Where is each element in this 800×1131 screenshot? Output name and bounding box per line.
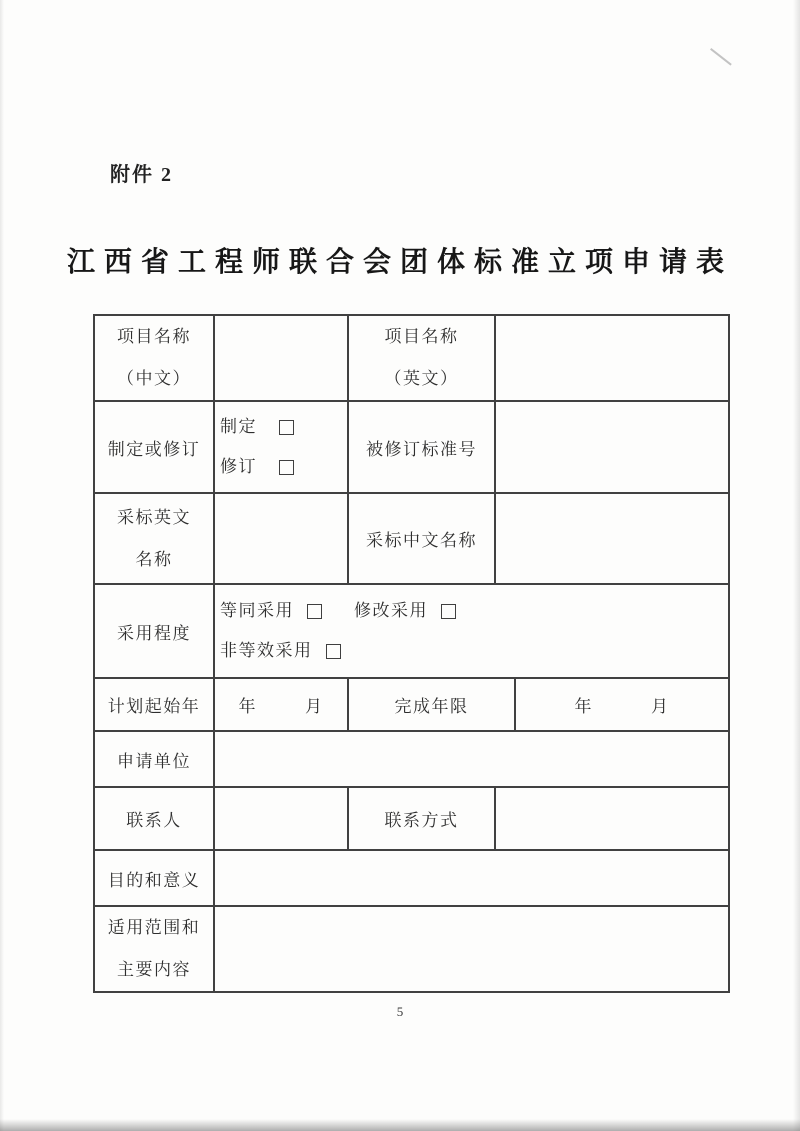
- label-line: 主要内容: [117, 949, 191, 991]
- month-label: 月: [651, 692, 670, 717]
- label-text: 计划起始年: [108, 692, 201, 717]
- table-row-scope: 适用范围和 主要内容: [95, 907, 728, 991]
- option-label: 非等效采用: [220, 631, 313, 671]
- adopted-cn-name-label-cell: 采标中文名称: [349, 494, 496, 583]
- table-row-adoption-degree: 采用程度 等同采用 修改采用 非等效采用: [95, 585, 728, 679]
- scan-edge-shadow-right: [793, 0, 800, 1131]
- label-text: 采标中文名称: [366, 526, 477, 551]
- label-line: 采标英文: [117, 497, 191, 539]
- scan-edge-shadow-left: [0, 0, 4, 1131]
- project-name-en-value-cell: [496, 316, 728, 400]
- purpose-value-cell: [215, 851, 728, 905]
- identical-adoption-checkbox-icon: [307, 604, 322, 619]
- option-modified-adoption: 修改采用: [354, 591, 456, 631]
- year-label: 年: [239, 692, 258, 717]
- draft-or-revise-options-cell: 制定 修订: [215, 402, 349, 492]
- applicant-unit-value-cell: [215, 732, 728, 786]
- adoption-degree-options-cell: 等同采用 修改采用 非等效采用: [215, 585, 728, 677]
- scan-scratch-artifact: [710, 48, 731, 65]
- label-line: （英文）: [385, 358, 459, 400]
- scanned-document-page: 附件 2 江西省工程师联合会团体标准立项申请表 项目名称 （中文） 项目名称 （…: [0, 0, 800, 1131]
- adopted-en-name-label-cell: 采标英文 名称: [95, 494, 215, 583]
- label-text: 联系方式: [385, 806, 459, 831]
- table-row-contact: 联系人 联系方式: [95, 788, 728, 851]
- table-row-purpose: 目的和意义: [95, 851, 728, 907]
- contact-method-value-cell: [496, 788, 728, 849]
- attachment-label: 附件 2: [110, 158, 173, 187]
- revise-checkbox-icon: [279, 460, 294, 475]
- draft-checkbox-icon: [279, 420, 294, 435]
- contact-person-label-cell: 联系人: [95, 788, 215, 849]
- label-line: 名称: [136, 539, 173, 581]
- modified-adoption-checkbox-icon: [441, 604, 456, 619]
- table-row-project-name: 项目名称 （中文） 项目名称 （英文）: [95, 316, 728, 402]
- label-text: 联系人: [126, 806, 182, 831]
- label-text: 完成年限: [395, 692, 469, 717]
- adoption-degree-label-cell: 采用程度: [95, 585, 215, 677]
- option-revise: 修订: [220, 447, 294, 487]
- revised-standard-no-value-cell: [496, 402, 728, 492]
- label-line: （中文）: [117, 358, 191, 400]
- option-nonequivalent-adoption: 非等效采用: [220, 631, 341, 671]
- adopted-cn-name-value-cell: [496, 494, 728, 583]
- page-number: 5: [0, 1004, 800, 1020]
- plan-start-value-cell: 年 月: [215, 679, 349, 730]
- adoption-options-line2: 非等效采用: [220, 631, 341, 671]
- label-line: 项目名称: [385, 316, 459, 358]
- contact-person-value-cell: [215, 788, 349, 849]
- label-text: 目的和意义: [108, 866, 201, 891]
- draft-or-revise-label-cell: 制定或修订: [95, 402, 215, 492]
- purpose-label-cell: 目的和意义: [95, 851, 215, 905]
- contact-method-label-cell: 联系方式: [349, 788, 496, 849]
- option-label: 修订: [220, 447, 257, 487]
- scan-edge-shadow-bottom: [0, 1119, 800, 1131]
- option-draft: 制定: [220, 407, 294, 447]
- table-row-applicant-unit: 申请单位: [95, 732, 728, 788]
- table-row-adopted-standard-name: 采标英文 名称 采标中文名称: [95, 494, 728, 585]
- label-line: 适用范围和: [108, 907, 201, 949]
- year-month-fields: 年 月: [215, 692, 347, 717]
- completion-value-cell: 年 月: [516, 679, 728, 730]
- option-label: 修改采用: [354, 591, 428, 631]
- option-identical-adoption: 等同采用: [220, 591, 322, 631]
- scope-value-cell: [215, 907, 728, 991]
- table-row-draft-or-revise: 制定或修订 制定 修订 被修订标准号: [95, 402, 728, 494]
- revised-standard-no-label-cell: 被修订标准号: [349, 402, 496, 492]
- label-text: 制定或修订: [108, 435, 201, 460]
- application-form-table: 项目名称 （中文） 项目名称 （英文） 制定或修订 制定 修订: [93, 314, 730, 993]
- scope-label-cell: 适用范围和 主要内容: [95, 907, 215, 991]
- year-month-fields: 年 月: [516, 692, 728, 717]
- table-row-schedule: 计划起始年 年 月 完成年限 年 月: [95, 679, 728, 732]
- label-text: 被修订标准号: [366, 435, 477, 460]
- label-text: 申请单位: [117, 747, 191, 772]
- applicant-unit-label-cell: 申请单位: [95, 732, 215, 786]
- option-label: 等同采用: [220, 591, 294, 631]
- plan-start-label-cell: 计划起始年: [95, 679, 215, 730]
- year-label: 年: [575, 692, 594, 717]
- project-name-cn-label-cell: 项目名称 （中文）: [95, 316, 215, 400]
- adoption-options-line1: 等同采用 修改采用: [220, 591, 456, 631]
- adopted-en-name-value-cell: [215, 494, 349, 583]
- label-text: 采用程度: [117, 619, 191, 644]
- completion-label-cell: 完成年限: [349, 679, 516, 730]
- option-label: 制定: [220, 407, 257, 447]
- nonequivalent-adoption-checkbox-icon: [326, 644, 341, 659]
- project-name-en-label-cell: 项目名称 （英文）: [349, 316, 496, 400]
- label-line: 项目名称: [117, 316, 191, 358]
- project-name-cn-value-cell: [215, 316, 349, 400]
- page-title: 江西省工程师联合会团体标准立项申请表: [0, 240, 800, 280]
- month-label: 月: [305, 692, 324, 717]
